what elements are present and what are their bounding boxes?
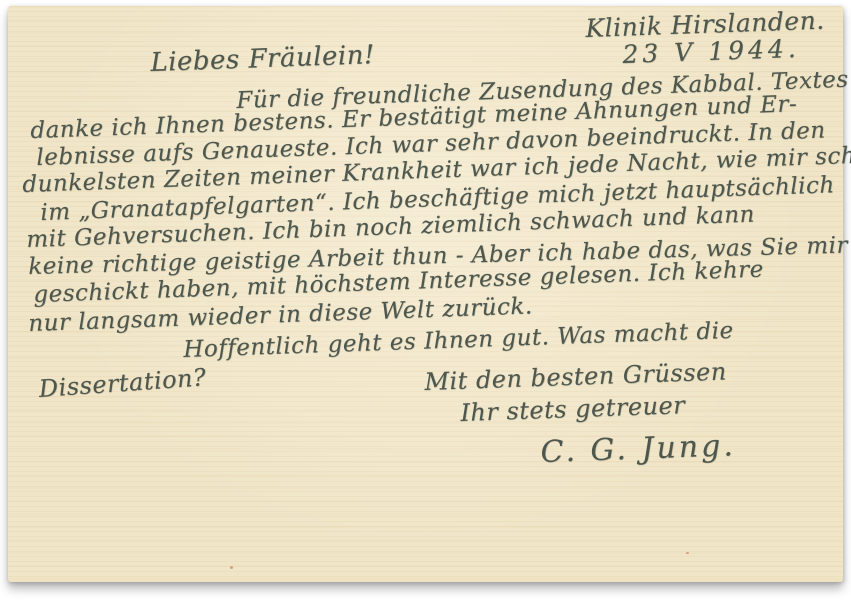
paper-speck	[686, 552, 689, 554]
body-line: Dissertation?	[38, 365, 207, 401]
signature: C. G. Jung.	[540, 431, 736, 468]
closing-greeting: Mit den besten Grüssen	[424, 359, 727, 394]
paper-speck	[230, 566, 233, 569]
salutation: Liebes Fräulein!	[150, 42, 375, 76]
letterhead-date: 23 V 1944.	[622, 36, 800, 67]
closing-valediction: Ihr stets getreuer	[460, 393, 686, 425]
paper-speck	[750, 126, 752, 128]
letter-paper: Klinik Hirslanden. 23 V 1944. Liebes Frä…	[8, 6, 843, 582]
